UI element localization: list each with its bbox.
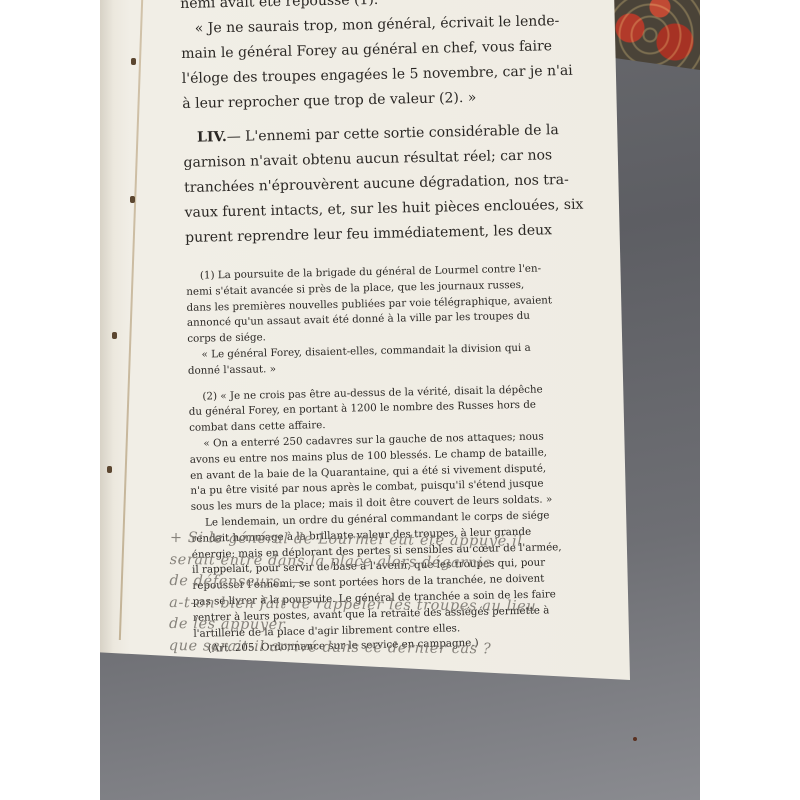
book-photo: nemi avait été repoussé (1). « Je ne sau… [100, 0, 700, 800]
binding-stitch [130, 196, 135, 203]
footnote-1: (1) La poursuite de la brigade du généra… [186, 260, 608, 379]
handwritten-line: que serait-il arrivé dans ce dernier cas… [169, 635, 629, 661]
text-line: — L'ennemi par cette sortie considérable… [227, 122, 559, 145]
section-number: LIV. [197, 129, 227, 146]
book-page: nemi avait été repoussé (1). « Je ne sau… [100, 0, 630, 680]
binding-stitch [107, 466, 112, 473]
binding-stitch [112, 332, 117, 339]
handwritten-annotation: + Si le général de Lourmel eut été appuy… [169, 528, 630, 662]
binding-stitch [131, 58, 136, 65]
page-gutter-edge [119, 0, 143, 640]
dust-speck [633, 737, 637, 741]
